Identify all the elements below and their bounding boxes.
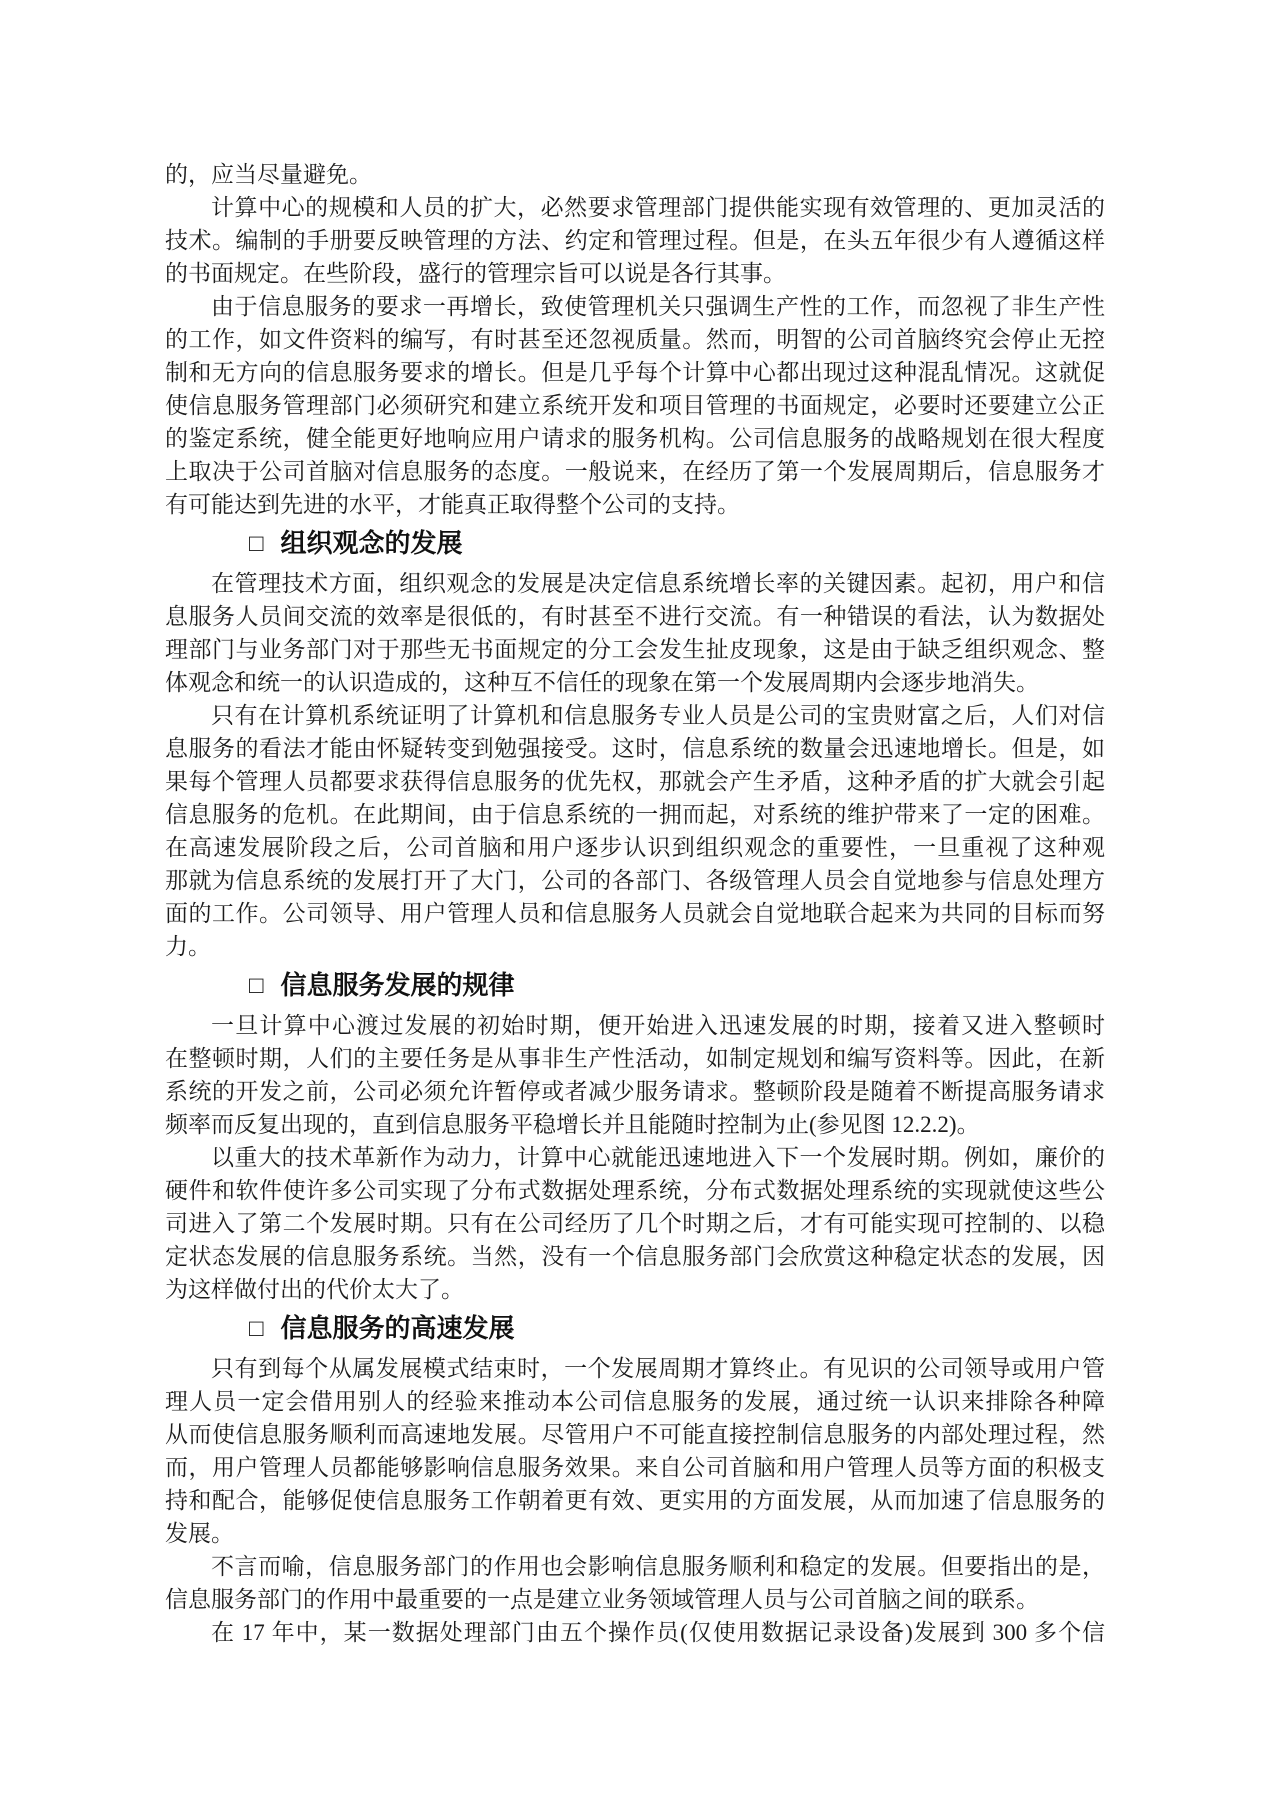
text-line: 只有到每个从属发展模式结束时，一个发展周期才算终止。有见识的公司领导或用户管 — [165, 1352, 1105, 1385]
text-line: 那就为信息系统的发展打开了大门，公司的各部门、各级管理人员会自觉地参与信息处理方 — [165, 864, 1105, 897]
text-line: 系统的开发之前，公司必须允许暂停或者减少服务请求。整顿阶段是随着不断提高服务请求 — [165, 1075, 1105, 1108]
text-line: 只有在计算机系统证明了计算机和信息服务专业人员是公司的宝贵财富之后，人们对信 — [165, 699, 1105, 732]
text-line: 的书面规定。在些阶段，盛行的管理宗旨可以说是各行其事。 — [165, 257, 1105, 290]
text-line: 而，用户管理人员都能够影响信息服务效果。来自公司首脑和用户管理人员等方面的积极支 — [165, 1451, 1105, 1484]
document-body: 的，应当尽量避免。计算中心的规模和人员的扩大，必然要求管理部门提供能实现有效管理… — [165, 158, 1105, 1649]
text-line: 硬件和软件使许多公司实现了分布式数据处理系统，分布式数据处理系统的实现就使这些公 — [165, 1174, 1105, 1207]
text-line: 在管理技术方面，组织观念的发展是决定信息系统增长率的关键因素。起初，用户和信 — [165, 567, 1105, 600]
text-line: 使信息服务管理部门必须研究和建立系统开发和项目管理的书面规定，必要时还要建立公正 — [165, 389, 1105, 422]
text-line: 计算中心的规模和人员的扩大，必然要求管理部门提供能实现有效管理的、更加灵活的 — [165, 191, 1105, 224]
text-line: 的鉴定系统，健全能更好地响应用户请求的服务机构。公司信息服务的战略规划在很大程度 — [165, 422, 1105, 455]
square-bullet-icon: □ — [249, 527, 264, 560]
section-heading-label: 信息服务的高速发展 — [281, 1313, 515, 1343]
text-line: 理部门与业务部门对于那些无书面规定的分工会发生扯皮现象，这是由于缺乏组织观念、整 — [165, 633, 1105, 666]
text-line: 的，应当尽量避免。 — [165, 158, 1105, 191]
text-line: 发展。 — [165, 1517, 1105, 1550]
text-line: 息服务人员间交流的效率是很低的，有时甚至不进行交流。有一种错误的看法，认为数据处 — [165, 600, 1105, 633]
document-page: 的，应当尽量避免。计算中心的规模和人员的扩大，必然要求管理部门提供能实现有效管理… — [0, 0, 1280, 1810]
text-line: 频率而反复出现的，直到信息服务平稳增长并且能随时控制为止(参见图 12.2.2)… — [165, 1108, 1105, 1141]
text-line: 持和配合，能够促使信息服务工作朝着更有效、更实用的方面发展，从而加速了信息服务的 — [165, 1484, 1105, 1517]
text-line: 信息服务的危机。在此期间，由于信息系统的一拥而起，对系统的维护带来了一定的困难。 — [165, 798, 1105, 831]
text-line: 从而使信息服务顺利而高速地发展。尽管用户不可能直接控制信息服务的内部处理过程，然 — [165, 1418, 1105, 1451]
text-line: 体观念和统一的认识造成的，这种互不信任的现象在第一个发展周期内会逐步地消失。 — [165, 666, 1105, 699]
text-line: 信息服务部门的作用中最重要的一点是建立业务领域管理人员与公司首脑之间的联系。 — [165, 1583, 1105, 1616]
text-line: 不言而喻，信息服务部门的作用也会影响信息服务顺利和稳定的发展。但要指出的是， — [165, 1550, 1105, 1583]
section-heading-label: 信息服务发展的规律 — [281, 970, 515, 1000]
text-line: 果每个管理人员都要求获得信息服务的优先权，那就会产生矛盾，这种矛盾的扩大就会引起 — [165, 765, 1105, 798]
text-line: 在整顿时期，人们的主要任务是从事非生产性活动，如制定规划和编写资料等。因此，在新 — [165, 1042, 1105, 1075]
text-line: 息服务的看法才能由怀疑转变到勉强接受。这时，信息系统的数量会迅速地增长。但是，如 — [165, 732, 1105, 765]
section-heading: □信息服务的高速发展 — [249, 1312, 1105, 1345]
text-line: 由于信息服务的要求一再增长，致使管理机关只强调生产性的工作，而忽视了非生产性 — [165, 290, 1105, 323]
square-bullet-icon: □ — [249, 969, 264, 1002]
text-line: 在高速发展阶段之后，公司首脑和用户逐步认识到组织观念的重要性，一旦重视了这种观念… — [165, 831, 1105, 864]
text-line: 理人员一定会借用别人的经验来推动本公司信息服务的发展，通过统一认识来排除各种障碍… — [165, 1385, 1105, 1418]
text-line: 力。 — [165, 930, 1105, 963]
text-line: 技术。编制的手册要反映管理的方法、约定和管理过程。但是，在头五年很少有人遵循这样 — [165, 224, 1105, 257]
text-line: 上取决于公司首脑对信息服务的态度。一般说来，在经历了第一个发展周期后，信息服务才 — [165, 455, 1105, 488]
text-line: 的工作，如文件资料的编写，有时甚至还忽视质量。然而，明智的公司首脑终究会停止无控 — [165, 323, 1105, 356]
text-line: 一旦计算中心渡过发展的初始时期，便开始进入迅速发展的时期，接着又进入整顿时期。 — [165, 1009, 1105, 1042]
square-bullet-icon: □ — [249, 1312, 264, 1345]
text-line: 在 17 年中，某一数据处理部门由五个操作员(仅使用数据记录设备)发展到 300… — [165, 1616, 1105, 1649]
section-heading-label: 组织观念的发展 — [281, 528, 463, 558]
text-line: 为这样做付出的代价太大了。 — [165, 1273, 1105, 1306]
text-line: 定状态发展的信息服务系统。当然，没有一个信息服务部门会欣赏这种稳定状态的发展，因 — [165, 1240, 1105, 1273]
text-line: 面的工作。公司领导、用户管理人员和信息服务人员就会自觉地联合起来为共同的目标而努 — [165, 897, 1105, 930]
text-line: 有可能达到先进的水平，才能真正取得整个公司的支持。 — [165, 488, 1105, 521]
text-line: 以重大的技术革新作为动力，计算中心就能迅速地进入下一个发展时期。例如，廉价的 — [165, 1141, 1105, 1174]
section-heading: □信息服务发展的规律 — [249, 969, 1105, 1002]
section-heading: □组织观念的发展 — [249, 527, 1105, 560]
text-line: 司进入了第二个发展时期。只有在公司经历了几个时期之后，才有可能实现可控制的、以稳 — [165, 1207, 1105, 1240]
text-line: 制和无方向的信息服务要求的增长。但是几乎每个计算中心都出现过这种混乱情况。这就促 — [165, 356, 1105, 389]
